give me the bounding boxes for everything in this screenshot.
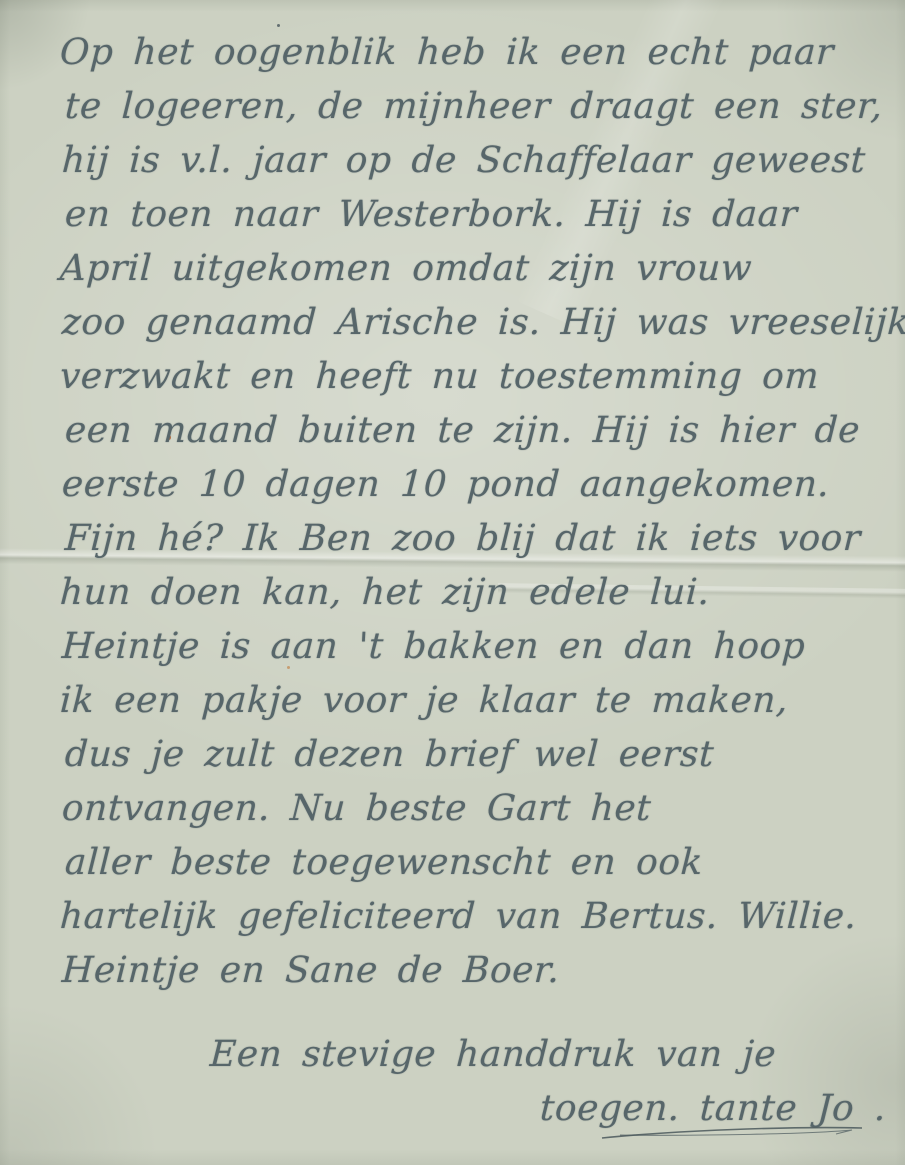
letter-closing-line: Een stevige handdruk van je [59,1028,882,1082]
letter-line: te logeeren, de mijnheer draagt een ster… [59,80,882,134]
letter-line: eerste 10 dagen 10 pond aangekomen. [59,458,882,512]
letter-signature-line: toegen. tante Jo . [59,1082,882,1136]
letter-line: aller beste toegewenscht en ook [59,836,882,890]
letter-body: Op het oogenblik heb ik een echt paar te… [60,26,880,1136]
letter-line: hun doen kan, het zijn edele lui. [59,566,882,620]
letter-line: dus je zult dezen brief wel eerst [59,728,882,782]
letter-line: Heintje en Sane de Boer. [59,944,882,998]
letter-line: en toen naar Westerbork. Hij is daar [59,188,882,242]
letter-line: een maand buiten te zijn. Hij is hier de [59,404,882,458]
letter-line: ontvangen. Nu beste Gart het [59,782,882,836]
letter-line: hartelijk gefeliciteerd van Bertus. Will… [59,890,882,944]
letter-line: ik een pakje voor je klaar te maken, [59,674,882,728]
letter-line: hij is v.l. jaar op de Schaffelaar gewee… [59,134,882,188]
letter-page: Op het oogenblik heb ik een echt paar te… [0,0,905,1165]
letter-line: April uitgekomen omdat zijn vrouw [59,242,882,296]
letter-line: zoo genaamd Arische is. Hij was vreeseli… [59,296,882,350]
letter-line: Op het oogenblik heb ik een echt paar [59,26,882,80]
letter-line: Fijn hé? Ik Ben zoo blij dat ik iets voo… [59,512,882,566]
letter-line: Heintje is aan 't bakken en dan hoop [59,620,882,674]
letter-line: verzwakt en heeft nu toestemming om [59,350,882,404]
